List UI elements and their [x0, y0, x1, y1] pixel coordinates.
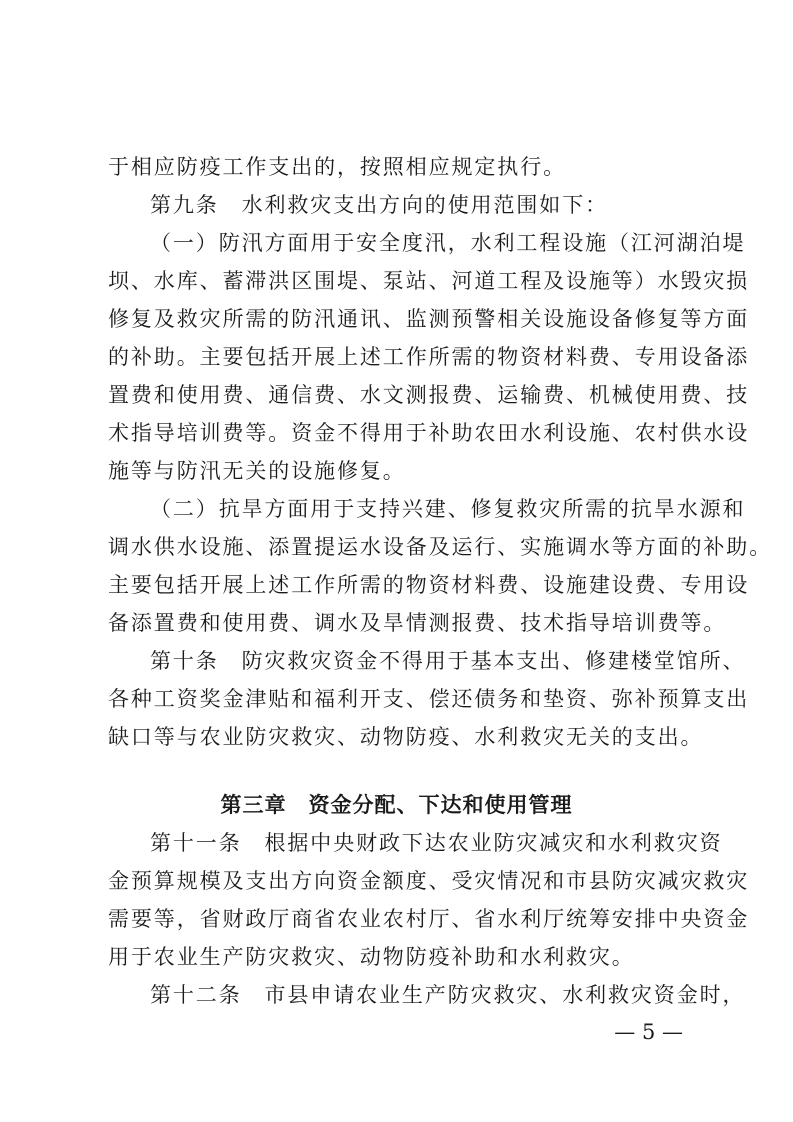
article-12-line: 第十二条 市县申请农业生产防灾救灾、水利救灾资金时，	[150, 980, 686, 1010]
paragraph-line: 施等与防汛无关的设施修复。	[108, 456, 686, 486]
paragraph-line: （二）抗旱方面用于支持兴建、修复救灾所需的抗旱水源和	[150, 494, 686, 524]
page-number: — 5 —	[614, 1017, 683, 1047]
paragraph-line: 缺口等与农业防灾救灾、动物防疫、水利救灾无关的支出。	[108, 722, 686, 752]
article-11-line: 第十一条 根据中央财政下达农业防灾减灾和水利救灾资	[150, 828, 686, 858]
chapter-title: 第三章 资金分配、下达和使用管理	[0, 790, 793, 820]
article-10-line: 第十条 防灾救灾资金不得用于基本支出、修建楼堂馆所、	[150, 646, 686, 676]
paragraph-line: （一）防汛方面用于安全度汛，水利工程设施（江河湖泊堤	[150, 228, 686, 258]
paragraph-line: 坝、水库、蓄滞洪区围堤、泵站、河道工程及设施等）水毁灾损	[108, 266, 686, 296]
paragraph-line: 术指导培训费等。资金不得用于补助农田水利设施、农村供水设	[108, 418, 686, 448]
paragraph-line: 用于农业生产防灾救灾、动物防疫补助和水利救灾。	[108, 942, 686, 972]
paragraph-line: 的补助。主要包括开展上述工作所需的物资材料费、专用设备添	[108, 342, 686, 372]
paragraph-line: 备添置费和使用费、调水及旱情测报费、技术指导培训费等。	[108, 608, 686, 638]
paragraph-line: 各种工资奖金津贴和福利开支、偿还债务和垫资、弥补预算支出	[108, 684, 686, 714]
paragraph-line: 需要等，省财政厅商省农业农村厅、省水利厅统筹安排中央资金	[108, 904, 686, 934]
paragraph-line: 金预算规模及支出方向资金额度、受灾情况和市县防灾减灾救灾	[108, 866, 686, 896]
paragraph-line: 置费和使用费、通信费、水文测报费、运输费、机械使用费、技	[108, 380, 686, 410]
article-9-heading: 第九条 水利救灾支出方向的使用范围如下：	[150, 190, 686, 220]
paragraph-line: 于相应防疫工作支出的，按照相应规定执行。	[108, 152, 686, 182]
paragraph-line: 调水供水设施、添置提运水设备及运行、实施调水等方面的补助。	[108, 532, 686, 562]
paragraph-line: 修复及救灾所需的防汛通讯、监测预警相关设施设备修复等方面	[108, 304, 686, 334]
paragraph-line: 主要包括开展上述工作所需的物资材料费、设施建设费、专用设	[108, 570, 686, 600]
